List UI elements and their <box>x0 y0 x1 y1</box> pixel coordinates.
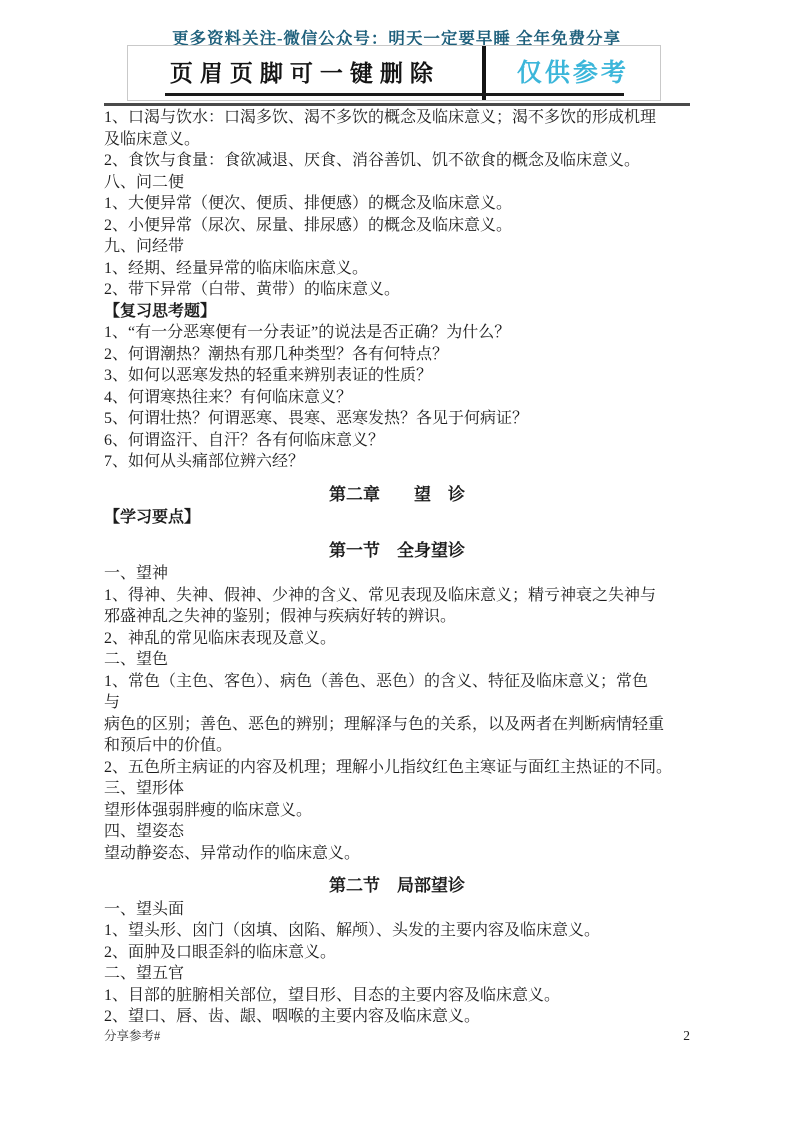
body-line: 三、望形体 <box>104 778 690 800</box>
body-line: 7、如何从头痛部位辨六经？ <box>104 451 690 473</box>
body-line: 望形体强弱胖瘦的临床意义。 <box>104 800 690 822</box>
body-line: 1、经期、经量异常的临床临床意义。 <box>104 258 690 280</box>
body-line: 1、得神、失神、假神、少神的含义、常见表现及临床意义；精亏神衰之失神与 <box>104 585 690 607</box>
body-line: 1、“有一分恶寒便有一分表证”的说法是否正确？为什么？ <box>104 322 690 344</box>
page-footer: 分享参考# 2 <box>104 1026 690 1044</box>
section-heading: 第二节 局部望诊 <box>104 875 690 897</box>
body-line: 2、何谓潮热？潮热有那几种类型？各有何特点？ <box>104 344 690 366</box>
body-line: 2、望口、唇、齿、龈、咽喉的主要内容及临床意义。 <box>104 1006 690 1028</box>
body-line: 2、小便异常（尿次、尿量、排尿感）的概念及临床意义。 <box>104 215 690 237</box>
bold-label-line: 【学习要点】 <box>104 507 690 529</box>
body-line: 八、问二便 <box>104 172 690 194</box>
header-box-left-label: 页眉页脚可一键删除 <box>128 55 482 92</box>
body-line: 4、何谓寒热往来？有何临床意义？ <box>104 387 690 409</box>
body-line: 及临床意义。 <box>104 129 690 151</box>
header-box-right-label: 仅供参考 <box>486 53 660 93</box>
bold-label-line: 【复习思考题】 <box>104 301 690 323</box>
header-rule <box>104 103 690 106</box>
body-line: 2、带下异常（白带、黄带）的临床意义。 <box>104 279 690 301</box>
body-line: 2、食饮与食量：食欲减退、厌食、消谷善饥、饥不欲食的概念及临床意义。 <box>104 150 690 172</box>
header-watermark-box: 页眉页脚可一键删除 仅供参考 <box>127 45 661 101</box>
body-line: 1、大便异常（便次、便质、排便感）的概念及临床意义。 <box>104 193 690 215</box>
body-line: 二、望五官 <box>104 963 690 985</box>
body-line: 3、如何以恶寒发热的轻重来辨别表证的性质？ <box>104 365 690 387</box>
header-box-underline <box>165 93 624 96</box>
body-line: 二、望色 <box>104 649 690 671</box>
page-number: 2 <box>683 1028 690 1044</box>
body-line: 1、口渴与饮水：口渴多饮、渴不多饮的概念及临床意义；渴不多饮的形成机理 <box>104 107 690 129</box>
document-page: 更多资料关注-微信公众号：明天一定要早睡 全年免费分享 页眉页脚可一键删除 仅供… <box>0 0 793 1122</box>
body-line: 2、面肿及口眼歪斜的临床意义。 <box>104 942 690 964</box>
body-line: 九、问经带 <box>104 236 690 258</box>
document-body: 1、口渴与饮水：口渴多饮、渴不多饮的概念及临床意义；渴不多饮的形成机理及临床意义… <box>104 107 690 1028</box>
body-line: 邪盛神乱之失神的鉴别；假神与疾病好转的辨识。 <box>104 606 690 628</box>
section-heading: 第二章 望 诊 <box>104 484 690 506</box>
body-line: 一、望头面 <box>104 899 690 921</box>
body-line: 1、目部的脏腑相关部位，望目形、目态的主要内容及临床意义。 <box>104 985 690 1007</box>
body-line: 1、常色（主色、客色）、病色（善色、恶色）的含义、特征及临床意义；常色 <box>104 671 690 693</box>
body-line: 1、望头形、囟门（囟填、囟陷、解颅）、头发的主要内容及临床意义。 <box>104 920 690 942</box>
section-heading: 第一节 全身望诊 <box>104 540 690 562</box>
body-line: 和预后中的价值。 <box>104 735 690 757</box>
body-line: 望动静姿态、异常动作的临床意义。 <box>104 843 690 865</box>
body-line: 四、望姿态 <box>104 821 690 843</box>
body-line: 2、五色所主病证的内容及机理；理解小儿指纹红色主寒证与面红主热证的不同。 <box>104 757 690 779</box>
body-line: 一、望神 <box>104 563 690 585</box>
body-line: 6、何谓盗汗、自汗？各有何临床意义？ <box>104 430 690 452</box>
footer-share-text: 分享参考# <box>104 1026 160 1044</box>
body-line: 病色的区别；善色、恶色的辨别；理解泽与色的关系，以及两者在判断病情轻重 <box>104 714 690 736</box>
body-line: 5、何谓壮热？何谓恶寒、畏寒、恶寒发热？各见于何病证？ <box>104 408 690 430</box>
body-line: 2、神乱的常见临床表现及意义。 <box>104 628 690 650</box>
body-line: 与 <box>104 692 690 714</box>
